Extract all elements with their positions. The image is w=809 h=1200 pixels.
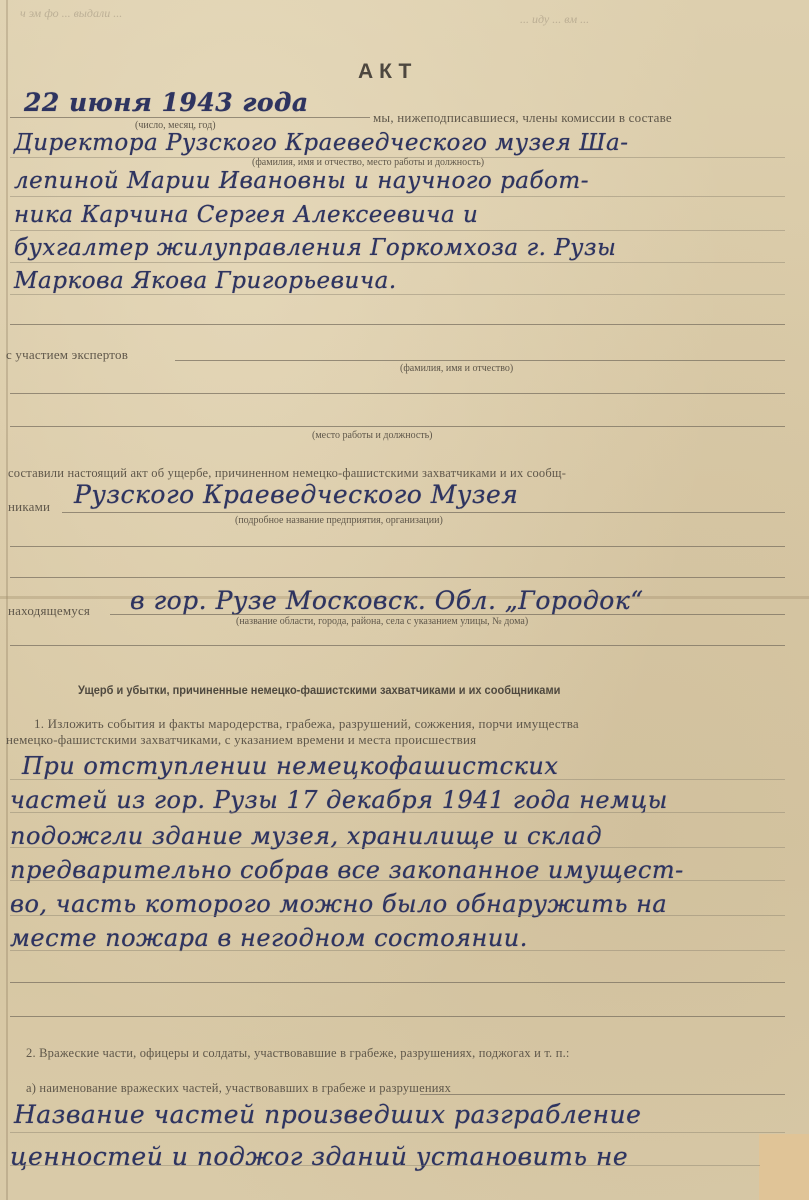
- rule: [10, 157, 785, 158]
- act-statement-prefix: никами: [8, 499, 50, 515]
- item1-handwritten-line: При отступлении немецкофашистских: [22, 752, 558, 780]
- section-heading: Ущерб и убытки, причиненные немецко-фаши…: [78, 683, 560, 697]
- rule: [10, 294, 785, 295]
- commission-line: ника Карчина Сергея Алексеевича и: [14, 202, 478, 228]
- rule: [10, 262, 785, 263]
- page-fold: [6, 0, 8, 1200]
- date-printed-text: мы, нижеподписавшиеся, члены комиссии в …: [373, 110, 672, 126]
- date-handwritten: 22 июня 1943 года: [24, 88, 309, 117]
- experts-label: с участием экспертов: [6, 347, 128, 363]
- organization-handwritten: Рузского Краеведческого Музея: [74, 480, 518, 509]
- rule: [10, 1132, 785, 1133]
- rule: [10, 847, 785, 848]
- experts-name-caption: (фамилия, имя и отчество): [400, 363, 513, 374]
- rule: [10, 982, 785, 983]
- bleed-through-text: ... иду ... вм ...: [520, 12, 589, 27]
- rule: [10, 196, 785, 197]
- rule: [10, 230, 785, 231]
- rule: [10, 880, 785, 881]
- rule: [10, 812, 785, 813]
- organization-caption: (подробное название предприятия, организ…: [235, 515, 443, 526]
- date-rule: [10, 117, 370, 118]
- rule: [10, 426, 785, 427]
- rule: [110, 614, 785, 615]
- item1-handwritten-line: во, часть которого можно было обнаружить…: [10, 890, 667, 918]
- item1-line1: 1. Изложить события и факты мародерства,…: [34, 716, 579, 732]
- rule: [10, 546, 785, 547]
- commission-line: лепиной Марии Ивановны и научного работ-: [14, 168, 589, 194]
- rule: [10, 950, 785, 951]
- act-statement-line: составили настоящий акт об ущербе, причи…: [8, 466, 566, 481]
- location-handwritten: в гор. Рузе Московск. Обл. „Городок“: [130, 586, 644, 615]
- rule: [10, 915, 785, 916]
- item2-sub-a: а) наименование вражеских частей, участв…: [26, 1081, 451, 1096]
- experts-rule: [175, 360, 785, 361]
- rule: [10, 1165, 760, 1166]
- commission-line: Маркова Якова Григорьевича.: [14, 268, 397, 294]
- rule: [10, 779, 785, 780]
- bleed-through-text: ч эм фо ... выдали ...: [20, 6, 122, 21]
- rule: [10, 1016, 785, 1017]
- rule: [420, 1094, 785, 1095]
- rule: [10, 577, 785, 578]
- item1-handwritten-line: частей из гор. Рузы 17 декабря 1941 года…: [10, 786, 668, 814]
- item1-handwritten-line: месте пожара в негодном состоянии.: [10, 924, 528, 952]
- location-caption: (название области, города, района, села …: [236, 616, 528, 627]
- item2-line1: 2. Вражеские части, офицеры и солдаты, у…: [26, 1046, 570, 1061]
- rule: [10, 324, 785, 325]
- commission-caption: (фамилия, имя и отчество, место работы и…: [252, 157, 484, 168]
- item2-handwritten-line: ценностей и поджог зданий установить не: [10, 1142, 628, 1171]
- experts-work-caption: (место работы и должность): [312, 430, 433, 441]
- item1-line2: немецко-фашистскими захватчиками, с указ…: [6, 732, 476, 748]
- commission-line: бухгалтер жилуправления Горкомхоза г. Ру…: [14, 235, 616, 261]
- corner-patch: [759, 1134, 809, 1200]
- rule: [10, 645, 785, 646]
- location-prefix: находящемуся: [8, 603, 90, 619]
- item1-handwritten-line: подожгли здание музея, хранилище и склад: [10, 822, 602, 850]
- rule: [62, 512, 785, 513]
- document-title: АКТ: [358, 60, 417, 84]
- commission-line: Директора Рузского Краеведческого музея …: [14, 130, 629, 156]
- item2-handwritten-line: Название частей произведших разграбление: [14, 1100, 641, 1129]
- rule: [10, 393, 785, 394]
